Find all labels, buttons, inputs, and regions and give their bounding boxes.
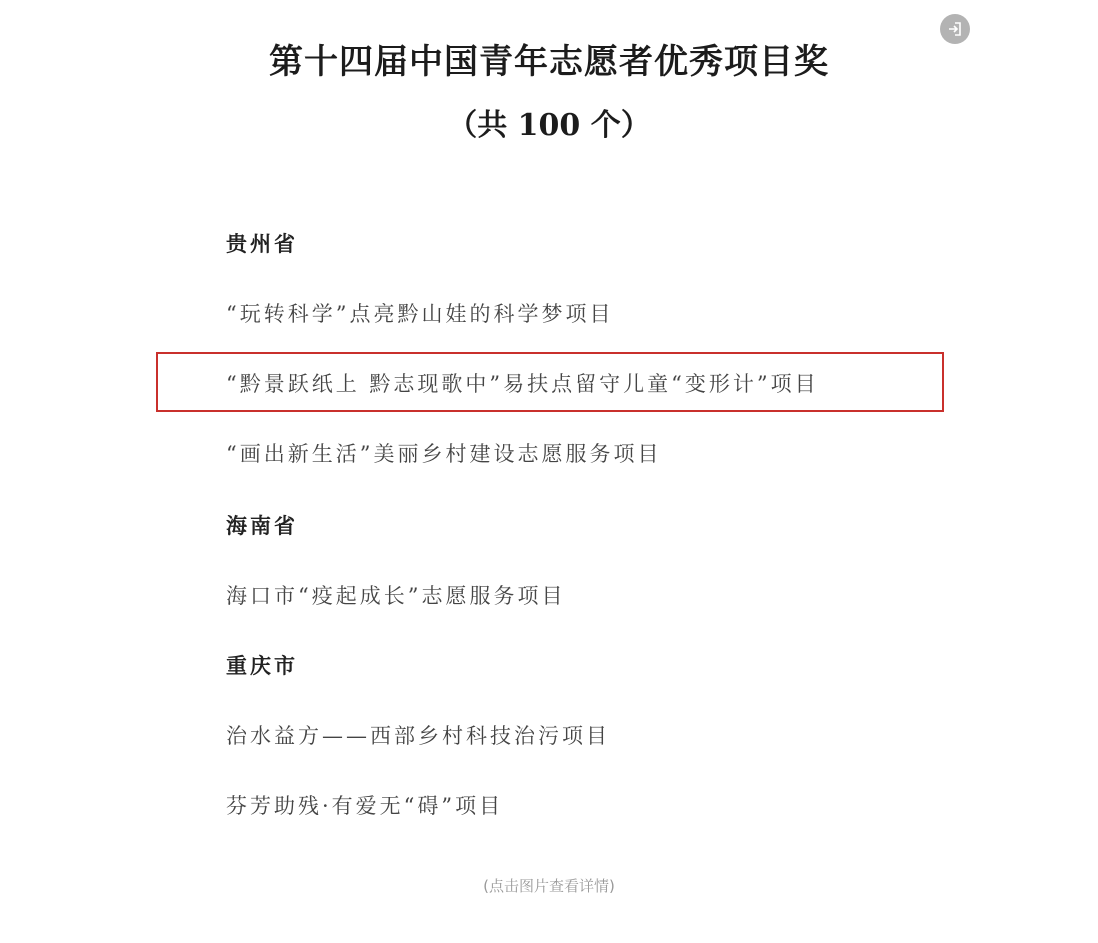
section-heading-chongqing: 重庆市 [226, 650, 298, 680]
section-heading-hainan: 海南省 [226, 510, 298, 540]
section-heading-guizhou: 贵州省 [226, 228, 298, 258]
list-item: 海口市“疫起成长”志愿服务项目 [226, 580, 565, 610]
list-item: 芬芳助残·有爱无“碍”项目 [226, 790, 503, 820]
list-item: 治水益方——西部乡村科技治污项目 [226, 720, 610, 750]
document-title: 第十四届中国青年志愿者优秀项目奖 [0, 34, 1098, 83]
list-item: “玩转科学”点亮黔山娃的科学梦项目 [226, 298, 613, 328]
document-subtitle: （共 100 个） [0, 100, 1098, 144]
image-caption-link[interactable]: (点击图片查看详情) [0, 875, 1098, 896]
list-item: “画出新生活”美丽乡村建设志愿服务项目 [226, 438, 661, 468]
list-item-highlighted: “黔景跃纸上 黔志现歌中”易扶点留守儿童“变形计”项目 [226, 368, 819, 398]
